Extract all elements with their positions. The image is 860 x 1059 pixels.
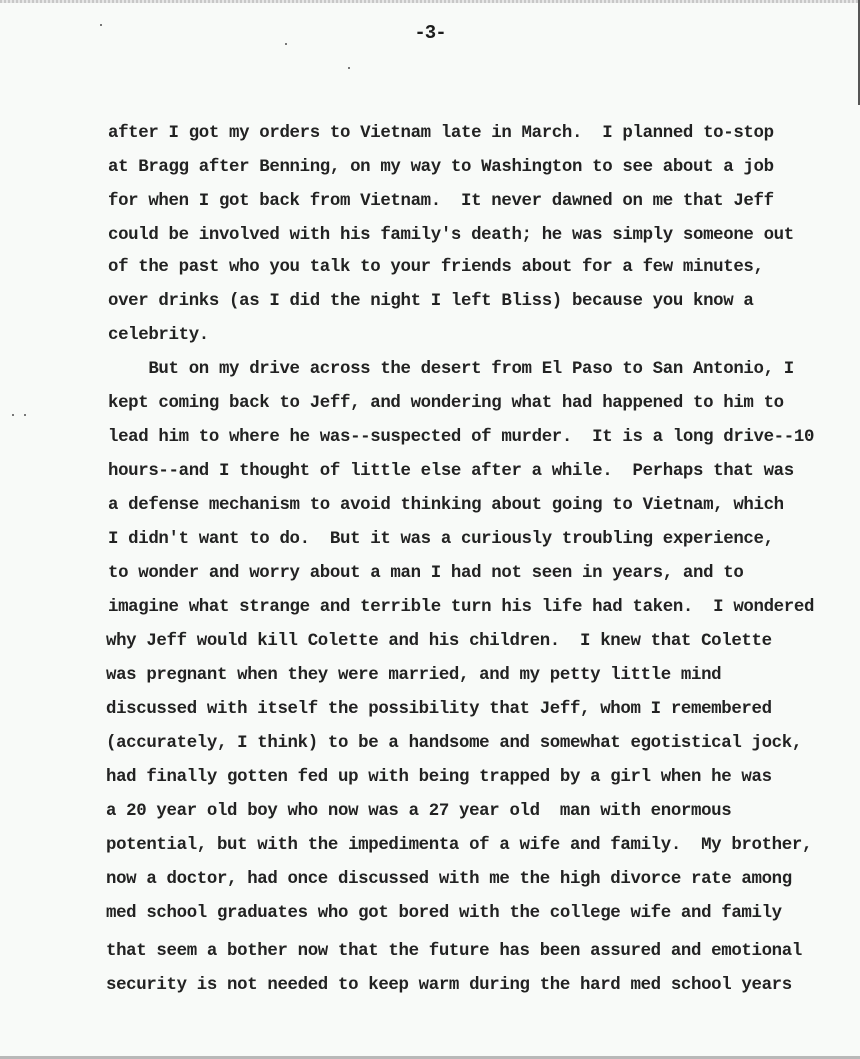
text-line: for when I got back from Vietnam. It nev… [108, 192, 774, 212]
text-line: hours--and I thought of little else afte… [108, 462, 794, 482]
text-line: lead him to where he was--suspected of m… [108, 428, 814, 448]
text-line: why Jeff would kill Colette and his chil… [106, 632, 772, 652]
text-line: over drinks (as I did the night I left B… [108, 292, 754, 312]
scan-speck [12, 414, 14, 416]
text-line: of the past who you talk to your friends… [108, 258, 764, 278]
text-line: was pregnant when they were married, and… [106, 666, 721, 686]
text-line: had finally gotten fed up with being tra… [106, 768, 772, 788]
text-line: now a doctor, had once discussed with me… [106, 870, 792, 890]
scan-top-edge [0, 0, 860, 3]
scan-speck [24, 414, 26, 416]
text-line: I didn't want to do. But it was a curiou… [108, 530, 774, 550]
text-line: at Bragg after Benning, on my way to Was… [108, 158, 774, 178]
scan-speck [348, 67, 350, 69]
text-line: (accurately, I think) to be a handsome a… [106, 734, 802, 754]
text-line: imagine what strange and terrible turn h… [108, 598, 814, 618]
text-line: to wonder and worry about a man I had no… [108, 564, 743, 584]
text-line: med school graduates who got bored with … [106, 904, 782, 924]
text-line: celebrity. [108, 326, 209, 346]
text-line: a defense mechanism to avoid thinking ab… [108, 496, 784, 516]
text-line: discussed with itself the possibility th… [106, 700, 772, 720]
text-line: kept coming back to Jeff, and wondering … [108, 394, 784, 414]
text-line: potential, but with the impedimenta of a… [106, 836, 812, 856]
text-line: security is not needed to keep warm duri… [106, 976, 792, 996]
page-number: -3- [0, 22, 860, 44]
text-line: could be involved with his family's deat… [108, 226, 794, 246]
text-line: that seem a bother now that the future h… [106, 942, 802, 962]
text-line: after I got my orders to Vietnam late in… [108, 124, 774, 144]
text-line: But on my drive across the desert from E… [108, 360, 794, 380]
text-line: a 20 year old boy who now was a 27 year … [106, 802, 731, 822]
